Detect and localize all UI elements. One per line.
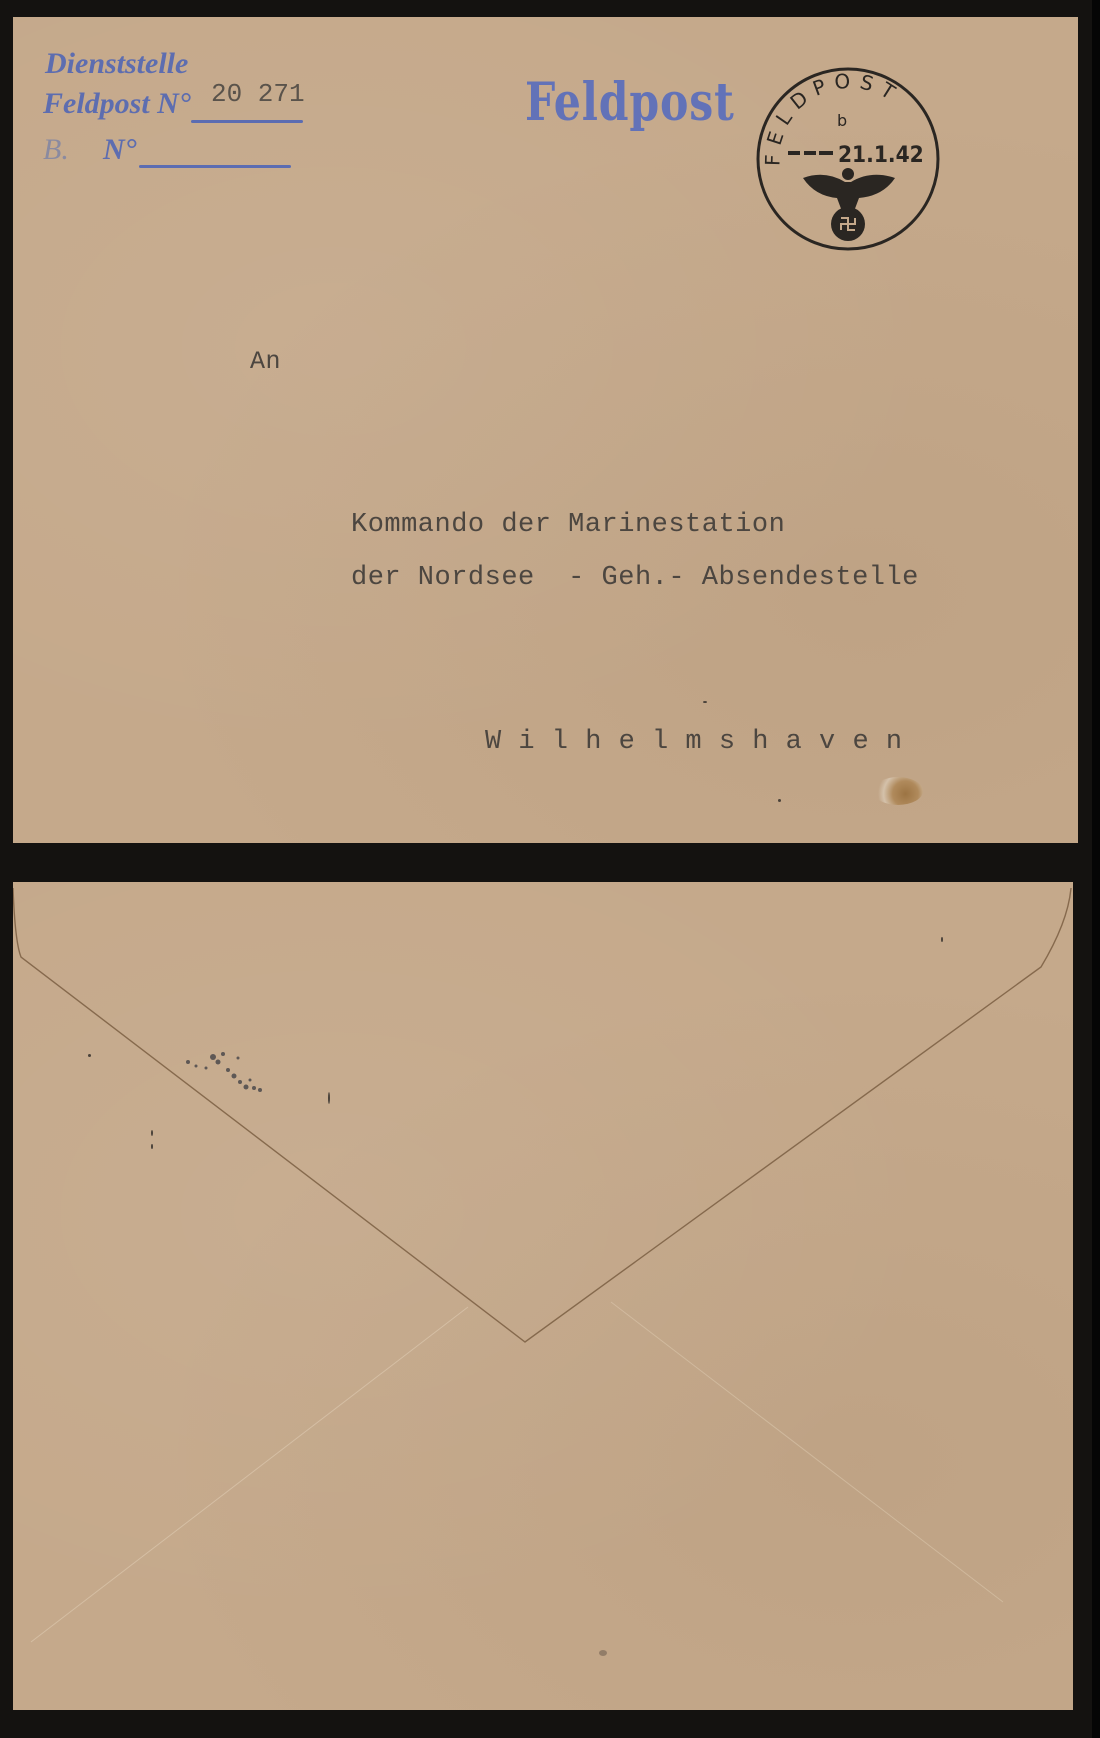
address-line-2: der Nordsee - Geh.- Absendestelle (351, 563, 919, 593)
b-number-underline (139, 165, 291, 168)
svg-text:b: b (837, 111, 847, 130)
ink-speck (599, 1650, 607, 1656)
b-prefix-pencil: B. (43, 133, 69, 167)
ink-speck (151, 1130, 153, 1136)
feldpost-number-underline (191, 120, 303, 123)
ink-speck (88, 1054, 91, 1057)
ink-speck (941, 937, 943, 942)
postmark: FELDPOST b 21.1.42 (755, 66, 941, 252)
postmark-ring-icon: FELDPOST b 21.1.42 (755, 66, 941, 252)
feldpost-number-value: 20 271 (211, 79, 305, 109)
address-city: W i l h e l m s h a v e n (485, 727, 903, 757)
ink-speck (778, 799, 781, 802)
paper-stain (873, 777, 923, 805)
b-number-label: N° (103, 133, 137, 167)
envelope-front: Dienststelle Feldpost N° 20 271 B. N° Fe… (13, 17, 1078, 843)
svg-text:21.1.42: 21.1.42 (838, 141, 924, 167)
scan-edge-strip (1092, 0, 1100, 1738)
address-salutation: An (250, 347, 281, 376)
ink-speck (328, 1092, 330, 1104)
feldpost-number-label: Feldpost N° (43, 87, 191, 121)
address-line-1: Kommando der Marinestation (351, 510, 785, 540)
envelope-back (13, 882, 1073, 1710)
dienststelle-label: Dienststelle (45, 47, 188, 81)
ink-speck (151, 1144, 153, 1149)
ink-speck (703, 701, 707, 703)
ink-smudge (168, 1032, 298, 1112)
envelope-flap-outline-icon (13, 882, 1073, 1710)
feldpost-header-stamp: Feldpost (525, 72, 735, 133)
